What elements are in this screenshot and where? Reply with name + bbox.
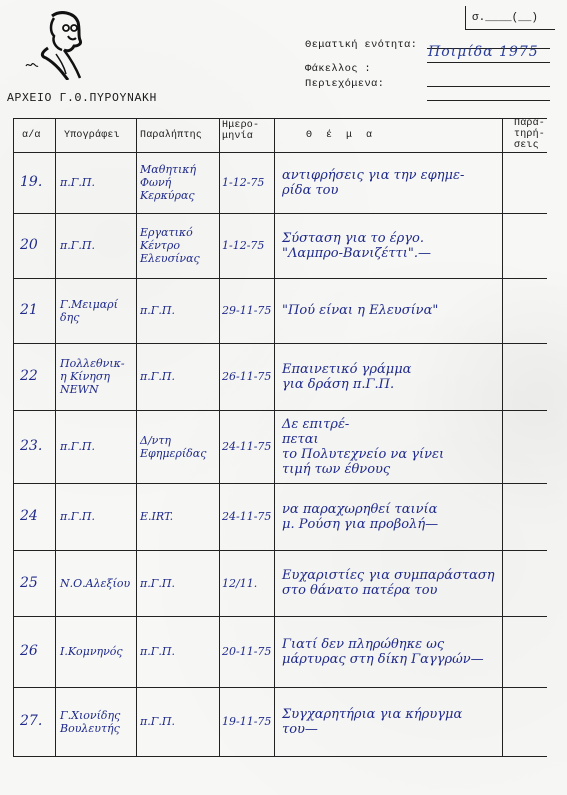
row-subject: Ευχαριστίες για συμπαράσταση στο θάνατο … bbox=[282, 568, 495, 598]
row-signer: π.Γ.Π. bbox=[60, 176, 95, 189]
row-recipient: π.Γ.Π. bbox=[140, 577, 175, 590]
table-border-top bbox=[13, 118, 547, 119]
row-signer: Γ.Χιονίδης Βουλευτής bbox=[60, 709, 120, 735]
col-divider bbox=[502, 118, 503, 757]
table-border-bottom bbox=[13, 756, 547, 757]
row-divider bbox=[13, 687, 547, 688]
row-divider bbox=[13, 550, 547, 551]
row-subject: αντιφρήσεις για την εφημε- ρίδα του bbox=[282, 168, 464, 198]
row-divider bbox=[13, 278, 547, 279]
row-date: 24-11-75 bbox=[222, 440, 271, 453]
row-date: 29-11-75 bbox=[222, 304, 271, 317]
row-subject: Δε επιτρέ- πεται το Πολυτεχνείο να γίνει… bbox=[282, 417, 444, 477]
col-divider bbox=[55, 118, 56, 757]
row-divider bbox=[13, 343, 547, 344]
field-label-thematic-unit: Θεματική ενότητα: bbox=[305, 39, 417, 51]
row-date: 1-12-75 bbox=[222, 239, 264, 252]
row-recipient: Εργατικό Κέντρο Ελευσίνας bbox=[140, 226, 200, 265]
row-subject: Συγχαρητήρια για κήρυγμα του— bbox=[282, 707, 462, 737]
row-subject: να παραχωρηθεί ταινία μ. Ρούση για προβο… bbox=[282, 502, 438, 532]
col-header-recipient: Παραλήπτης bbox=[140, 130, 202, 141]
row-date: 12/11. bbox=[222, 577, 257, 590]
row-number: 23. bbox=[20, 440, 42, 453]
table-header-divider bbox=[13, 152, 547, 153]
paper-background bbox=[0, 0, 567, 795]
row-divider bbox=[13, 483, 547, 484]
field-label-contents: Περιεχόμενα: bbox=[305, 78, 384, 90]
col-header-date: Ημερο- μηνία bbox=[222, 120, 259, 142]
row-number: 26 bbox=[20, 645, 38, 658]
row-date: 24-11-75 bbox=[222, 510, 271, 523]
row-divider bbox=[13, 616, 547, 617]
row-number: 24 bbox=[20, 510, 38, 523]
col-divider bbox=[13, 118, 14, 757]
col-divider bbox=[219, 118, 220, 757]
field-line-thematic-unit-2 bbox=[427, 62, 550, 63]
row-number: 22 bbox=[20, 370, 38, 383]
row-subject: "Πού είναι η Ελευσίνα" bbox=[282, 303, 438, 318]
row-signer: Ι.Κομνηνός bbox=[60, 645, 123, 658]
row-recipient: E.IRT. bbox=[140, 510, 173, 523]
row-subject: Επαινετικό γράμμα για δράση π.Γ.Π. bbox=[282, 362, 411, 392]
row-signer: Γ.Μειμαρί δης bbox=[60, 298, 118, 324]
row-date: 1-12-75 bbox=[222, 176, 264, 189]
row-recipient: Μαθητική Φωνή Κερκύρας bbox=[140, 163, 196, 202]
row-number: 20 bbox=[20, 239, 38, 252]
field-label-folder: Φάκελλος : bbox=[305, 63, 371, 75]
row-subject: Γιατί δεν πληρώθηκε ως μάρτυρας στη δίκη… bbox=[282, 637, 484, 667]
row-number: 25 bbox=[20, 577, 38, 590]
row-divider bbox=[13, 213, 547, 214]
row-recipient: Δ/ντη Εφημερίδας bbox=[140, 434, 206, 460]
field-line-contents-2 bbox=[427, 100, 550, 101]
col-header-notes: Παρα- τηρή- σεις bbox=[514, 118, 545, 151]
row-signer: π.Γ.Π. bbox=[60, 440, 95, 453]
row-recipient: π.Γ.Π. bbox=[140, 645, 175, 658]
row-signer: Πολλεθνικ- η Κίνηση NEWN bbox=[60, 357, 125, 396]
row-divider bbox=[13, 410, 547, 411]
page-reference: σ.____(__) bbox=[472, 12, 538, 24]
row-signer: π.Γ.Π. bbox=[60, 239, 95, 252]
row-date: 26-11-75 bbox=[222, 370, 271, 383]
row-date: 19-11-75 bbox=[222, 715, 271, 728]
field-value-thematic-unit: Ποιμίδα 1975 bbox=[428, 44, 539, 60]
archive-title: ΑΡΧΕΙΟ Γ.Θ.ΠΥΡΟΥΝΑΚΗ bbox=[7, 92, 157, 105]
row-date: 20-11-75 bbox=[222, 645, 271, 658]
row-number: 21 bbox=[20, 304, 38, 317]
col-header-number: α/α bbox=[22, 130, 41, 141]
page-reference-box: σ.____(__) bbox=[465, 6, 555, 30]
row-recipient: π.Γ.Π. bbox=[140, 370, 175, 383]
row-number: 19. bbox=[20, 176, 42, 189]
col-divider bbox=[274, 118, 275, 757]
row-number: 27. bbox=[20, 715, 42, 728]
col-header-signer: Υπογράφει bbox=[64, 130, 120, 141]
col-header-subject: Θ έ μ α bbox=[306, 130, 376, 141]
col-divider bbox=[136, 118, 137, 757]
portrait-sketch-icon bbox=[22, 8, 92, 80]
row-signer: Ν.Ο.Αλεξίου bbox=[60, 577, 130, 590]
field-line-contents bbox=[427, 86, 550, 87]
row-recipient: π.Γ.Π. bbox=[140, 304, 175, 317]
row-signer: π.Γ.Π. bbox=[60, 510, 95, 523]
row-recipient: π.Γ.Π. bbox=[140, 715, 175, 728]
row-subject: Σύσταση για το έργο. "Λαμπρο-Βανιζέττι".… bbox=[282, 231, 431, 261]
